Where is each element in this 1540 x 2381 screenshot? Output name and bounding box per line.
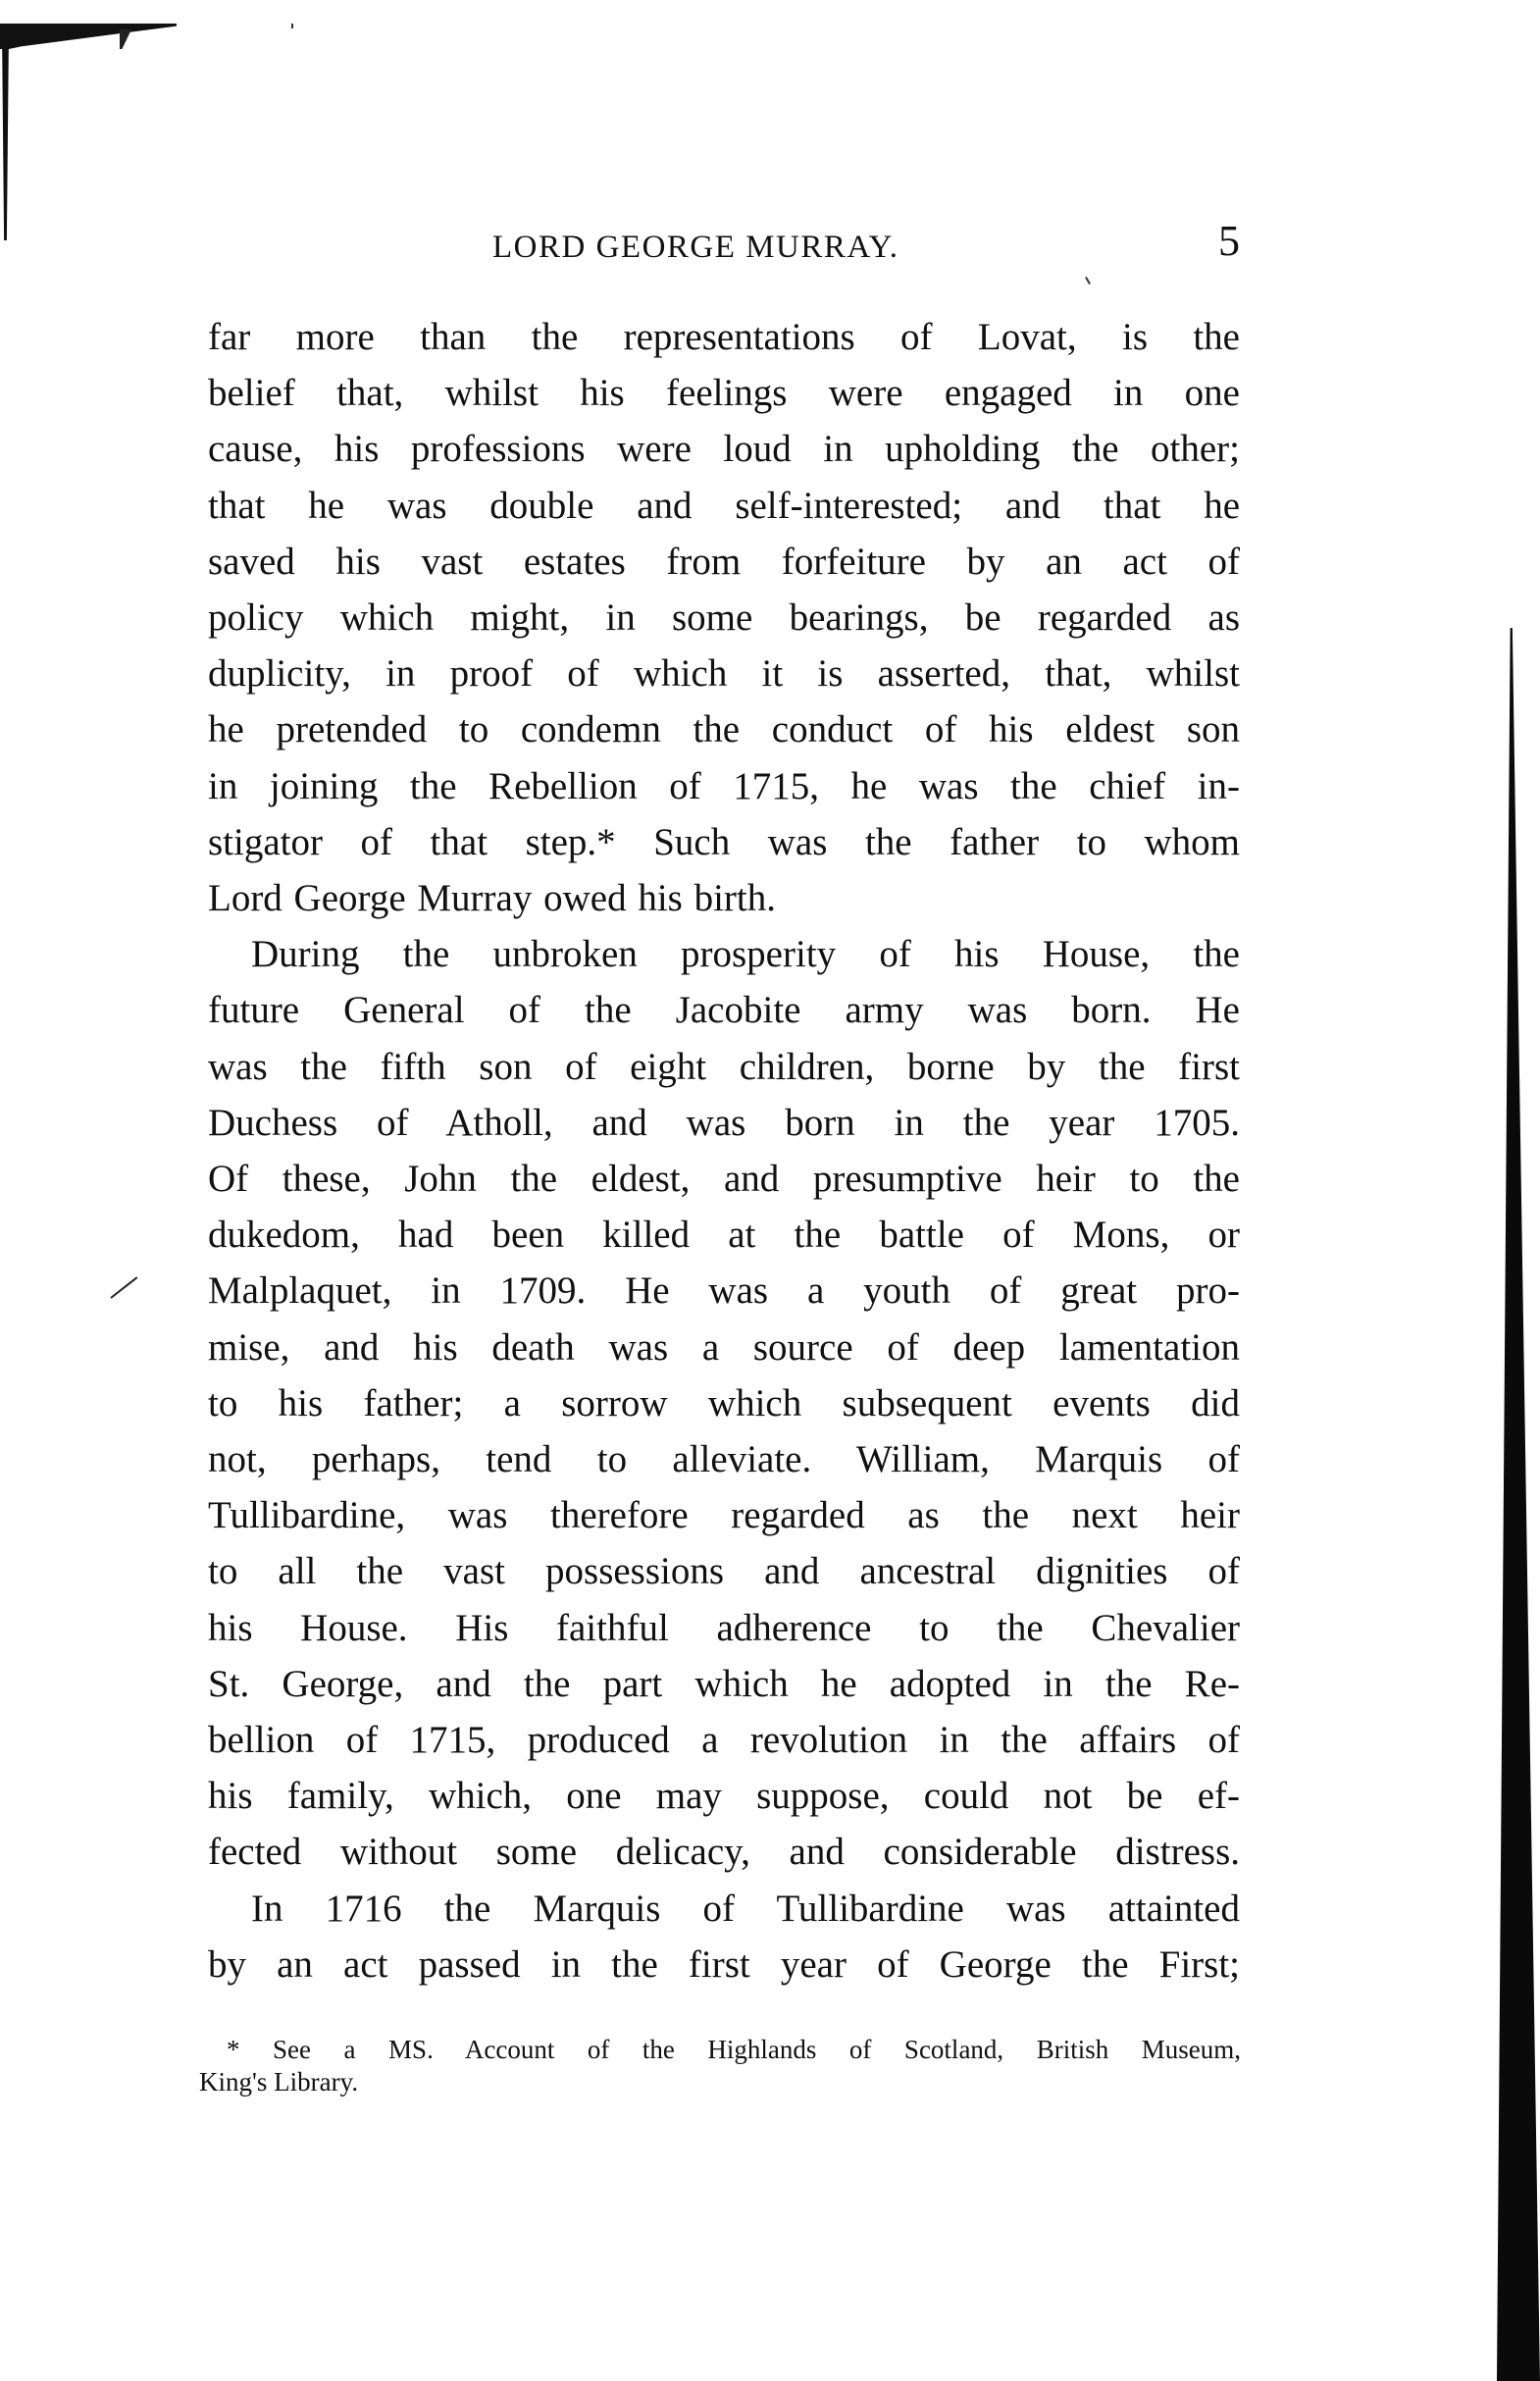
text-line: fected without some delicacy, and consid… xyxy=(208,1824,1240,1880)
text-line: he pretended to condemn the conduct of h… xyxy=(208,701,1240,757)
text-line: Duchess of Atholl, and was born in the y… xyxy=(208,1095,1240,1151)
scan-edge-shadow-top xyxy=(0,24,177,49)
text-line: was the fifth son of eight children, bor… xyxy=(208,1039,1240,1095)
text-line: his family, which, one may suppose, coul… xyxy=(208,1768,1240,1824)
footnote-line: * See a MS. Account of the Highlands of … xyxy=(227,2033,1241,2066)
scan-edge-notch xyxy=(120,29,131,49)
text-line: Of these, John the eldest, and presumpti… xyxy=(208,1151,1240,1207)
page-gutter-shadow xyxy=(1497,628,1540,2381)
text-line: dukedom, had been killed at the battle o… xyxy=(208,1207,1240,1263)
text-line: future General of the Jacobite army was … xyxy=(208,982,1240,1038)
text-line: to his father; a sorrow which subsequent… xyxy=(208,1375,1240,1431)
text-line: belief that, whilst his feelings were en… xyxy=(208,365,1240,421)
text-line: not, perhaps, tend to alleviate. William… xyxy=(208,1431,1240,1487)
text-line: stigator of that step.* Such was the fat… xyxy=(208,814,1240,870)
scan-speck xyxy=(1085,277,1091,285)
text-line: bellion of 1715, produced a revolution i… xyxy=(208,1712,1240,1768)
page-number: 5 xyxy=(1218,218,1240,265)
text-line: that he was double and self-interested; … xyxy=(208,478,1240,534)
text-line: far more than the representations of Lov… xyxy=(208,309,1240,365)
text-line: Tullibardine, was therefore regarded as … xyxy=(208,1487,1240,1543)
text-line: Lord George Murray owed his birth. xyxy=(208,870,1240,926)
text-line: in joining the Rebellion of 1715, he was… xyxy=(208,758,1240,814)
text-line: duplicity, in proof of which it is asser… xyxy=(208,646,1240,701)
footnote-line: King's Library. xyxy=(199,2065,1241,2098)
text-line: policy which might, in some bearings, be… xyxy=(208,590,1240,646)
text-line: Malplaquet, in 1709. He was a youth of g… xyxy=(208,1263,1240,1319)
text-line: by an act passed in the first year of Ge… xyxy=(208,1937,1240,1993)
text-line: his House. His faithful adherence to the… xyxy=(208,1600,1240,1656)
running-head: LORD GEORGE MURRAY. xyxy=(492,228,898,267)
scan-edge-shadow-left xyxy=(2,29,9,240)
text-line: In 1716 the Marquis of Tullibardine was … xyxy=(251,1881,1240,1937)
scan-speck xyxy=(291,24,293,28)
text-line: to all the vast possessions and ancestra… xyxy=(208,1543,1240,1599)
margin-pencil-mark xyxy=(110,1276,137,1299)
text-line: mise, and his death was a source of deep… xyxy=(208,1320,1240,1375)
text-line: saved his vast estates from forfeiture b… xyxy=(208,534,1240,590)
text-line: cause, his professions were loud in upho… xyxy=(208,421,1240,477)
text-line: St. George, and the part which he adopte… xyxy=(208,1656,1240,1712)
text-line: During the unbroken prosperity of his Ho… xyxy=(251,926,1240,982)
